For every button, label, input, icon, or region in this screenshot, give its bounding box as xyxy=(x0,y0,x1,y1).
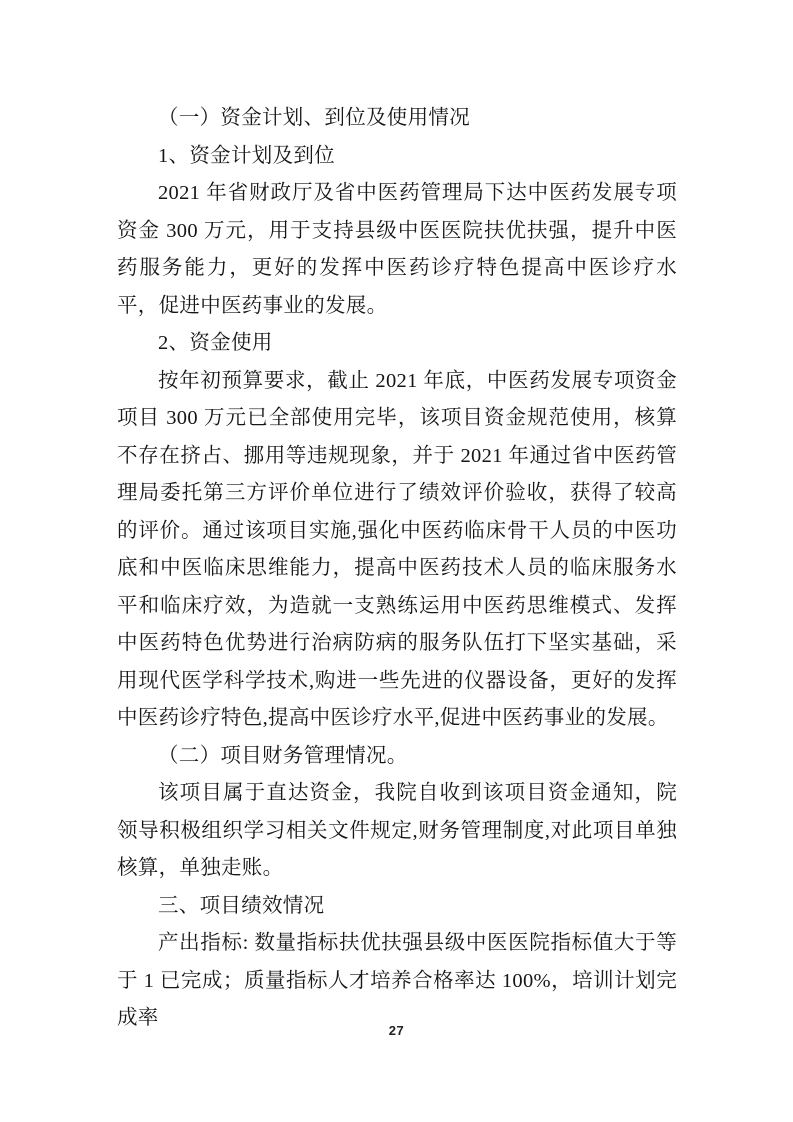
paragraph-heading: 2、资金使用 xyxy=(117,325,677,363)
page-number: 27 xyxy=(389,1023,404,1038)
paragraph: 该项目属于直达资金，我院自收到该项目资金通知，院领导积极组织学习相关文件规定,财… xyxy=(117,775,677,888)
paragraph: 2021 年省财政厅及省中医药管理局下达中医药发展专项资金 300 万元，用于支… xyxy=(117,175,677,325)
paragraph: 产出指标: 数量指标扶优扶强县级中医医院指标值大于等于 1 已完成；质量指标人才… xyxy=(117,925,677,1038)
page-footer: 27 xyxy=(0,1022,793,1040)
paragraph: 按年初预算要求，截止 2021 年底，中医药发展专项资金项目 300 万元已全部… xyxy=(117,363,677,738)
paragraph-heading: （二）项目财务管理情况。 xyxy=(117,738,677,776)
document-page: （一）资金计划、到位及使用情况1、资金计划及到位2021 年省财政厅及省中医药管… xyxy=(0,0,793,1122)
document-body: （一）资金计划、到位及使用情况1、资金计划及到位2021 年省财政厅及省中医药管… xyxy=(117,100,677,1038)
paragraph-heading: （一）资金计划、到位及使用情况 xyxy=(117,100,677,138)
paragraph-heading: 三、项目绩效情况 xyxy=(117,888,677,926)
paragraph-heading: 1、资金计划及到位 xyxy=(117,138,677,176)
